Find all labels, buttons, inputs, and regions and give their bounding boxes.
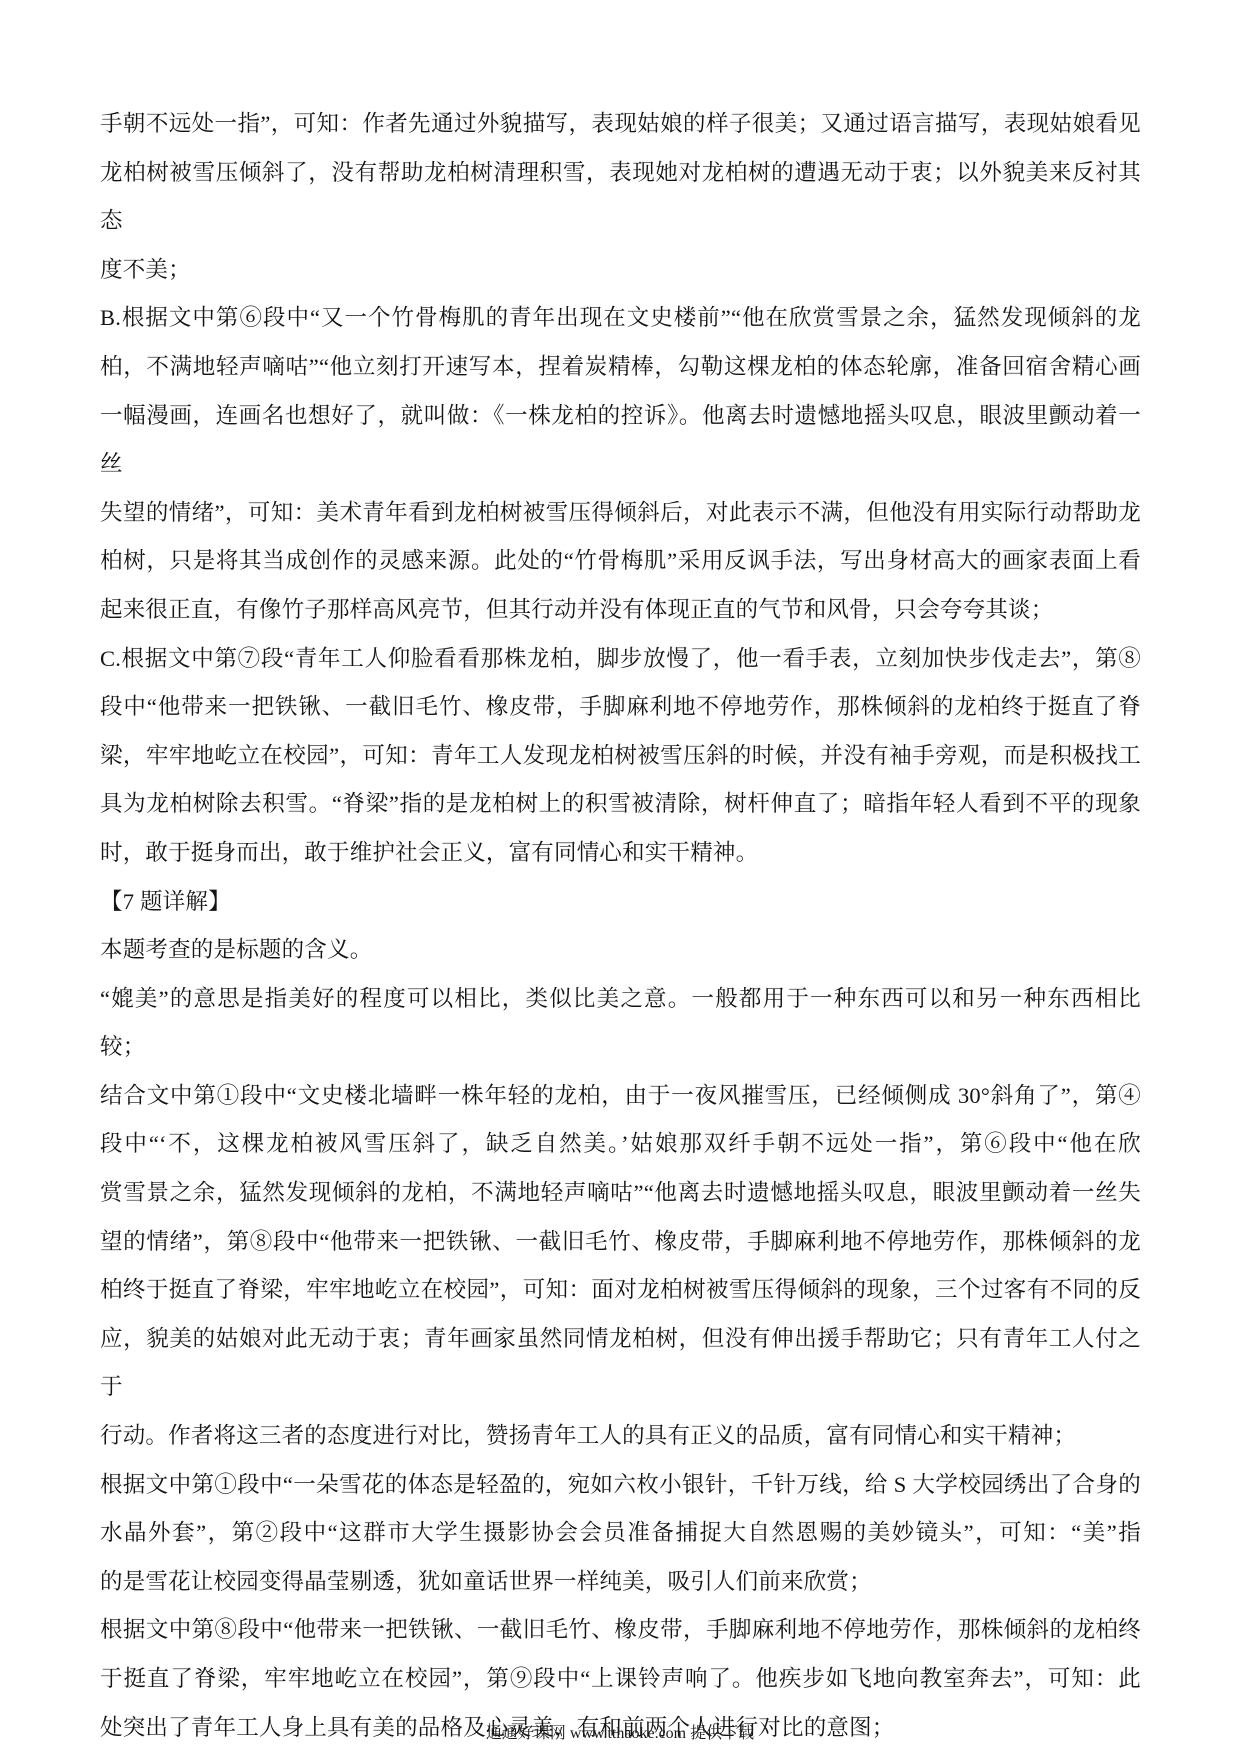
text-line: 的是雪花让校园变得晶莹剔透，犹如童话世界一样纯美，吸引人们前来欣赏；	[100, 1558, 1141, 1607]
text-line: 【7 题详解】	[100, 878, 1141, 927]
paragraph: 【7 题详解】	[100, 878, 1141, 927]
text-line: 较；	[100, 1023, 1141, 1072]
document-page: 手朝不远处一指”，可知：作者先通过外貌描写，表现姑娘的样子很美；又通过语言描写，…	[0, 0, 1240, 1754]
text-line: 柏树，只是将其当成创作的灵感来源。此处的“竹骨梅肌”采用反讽手法，写出身材高大的…	[100, 537, 1141, 586]
paragraph: 本题考查的是标题的含义。	[100, 926, 1141, 975]
text-line: 段中“‘不，这棵龙柏被风雪压斜了，缺乏自然美。’姑娘那双纤手朝不远处一指”，第⑥…	[100, 1120, 1141, 1169]
footer-text: 通通好课网 www.tthaoke.com 提供下载	[486, 1725, 754, 1742]
text-line: 一幅漫画，连画名也想好了，就叫做：《一株龙柏的控诉》。他离去时遗憾地摇头叹息，眼…	[100, 392, 1141, 489]
text-line: 时，敢于挺身而出，敢于维护社会正义，富有同情心和实干精神。	[100, 829, 1141, 878]
document-body: 手朝不远处一指”，可知：作者先通过外貌描写，表现姑娘的样子很美；又通过语言描写，…	[100, 100, 1141, 1752]
text-line: 龙柏树被雪压倾斜了，没有帮助龙柏树清理积雪，表现她对龙柏树的遭遇无动于衷；以外貌…	[100, 149, 1141, 246]
text-line: 度不美；	[100, 246, 1141, 295]
text-line: 根据文中第⑧段中“他带来一把铁锹、一截旧毛竹、橡皮带，手脚麻利地不停地劳作，那株…	[100, 1606, 1141, 1655]
text-line: “媲美”的意思是指美好的程度可以相比，类似比美之意。一般都用于一种东西可以和另一…	[100, 975, 1141, 1024]
text-line: 根据文中第①段中“一朵雪花的体态是轻盈的，宛如六枚小银针，千针万线，给 S 大学…	[100, 1461, 1141, 1510]
text-line: 段中“他带来一把铁锹、一截旧毛竹、橡皮带，手脚麻利地不停地劳作，那株倾斜的龙柏终…	[100, 683, 1141, 732]
text-line: 梁，牢牢地屹立在校园”，可知：青年工人发现龙柏树被雪压斜的时候，并没有袖手旁观，…	[100, 732, 1141, 781]
paragraph: 结合文中第①段中“文史楼北墙畔一株年轻的龙柏，由于一夜风摧雪压，已经倾侧成 30…	[100, 1072, 1141, 1461]
text-line: 本题考查的是标题的含义。	[100, 926, 1141, 975]
text-line: 起来很正直，有像竹子那样高风亮节，但其行动并没有体现正直的气节和风骨，只会夸夸其…	[100, 586, 1141, 635]
text-line: 柏终于挺直了脊梁，牢牢地屹立在校园”，可知：面对龙柏树被雪压得倾斜的现象，三个过…	[100, 1266, 1141, 1315]
text-line: C.根据文中第⑦段“青年工人仰脸看看那株龙柏，脚步放慢了，他一看手表，立刻加快步…	[100, 635, 1141, 684]
text-line: 手朝不远处一指”，可知：作者先通过外貌描写，表现姑娘的样子很美；又通过语言描写，…	[100, 100, 1141, 149]
text-line: 望的情绪”，第⑧段中“他带来一把铁锹、一截旧毛竹、橡皮带，手脚麻利地不停地劳作，…	[100, 1218, 1141, 1267]
text-line: 结合文中第①段中“文史楼北墙畔一株年轻的龙柏，由于一夜风摧雪压，已经倾侧成 30…	[100, 1072, 1141, 1121]
text-line: 行动。作者将这三者的态度进行对比，赞扬青年工人的具有正义的品质，富有同情心和实干…	[100, 1412, 1141, 1461]
paragraph: “媲美”的意思是指美好的程度可以相比，类似比美之意。一般都用于一种东西可以和另一…	[100, 975, 1141, 1072]
paragraph: 手朝不远处一指”，可知：作者先通过外貌描写，表现姑娘的样子很美；又通过语言描写，…	[100, 100, 1141, 294]
paragraph: 根据文中第①段中“一朵雪花的体态是轻盈的，宛如六枚小银针，千针万线，给 S 大学…	[100, 1461, 1141, 1607]
text-line: 失望的情绪”，可知：美术青年看到龙柏树被雪压得倾斜后，对此表示不满，但他没有用实…	[100, 489, 1141, 538]
page-footer: 通通好课网 www.tthaoke.com 提供下载	[0, 1722, 1240, 1746]
text-line: 柏，不满地轻声嘀咕”“他立刻打开速写本，捏着炭精棒，勾勒这棵龙柏的体态轮廓，准备…	[100, 343, 1141, 392]
text-line: 于挺直了脊梁，牢牢地屹立在校园”，第⑨段中“上课铃声响了。他疾步如飞地向教室奔去…	[100, 1655, 1141, 1704]
text-line: 具为龙柏树除去积雪。“脊梁”指的是龙柏树上的积雪被清除，树杆伸直了；暗指年轻人看…	[100, 780, 1141, 829]
text-line: 水晶外套”，第②段中“这群市大学生摄影协会会员准备捕捉大自然恩赐的美妙镜头”，可…	[100, 1509, 1141, 1558]
paragraph: B.根据文中第⑥段中“又一个竹骨梅肌的青年出现在文史楼前”“他在欣赏雪景之余，猛…	[100, 294, 1141, 634]
text-line: 赏雪景之余，猛然发现倾斜的龙柏，不满地轻声嘀咕”“他离去时遗憾地摇头叹息，眼波里…	[100, 1169, 1141, 1218]
text-line: 应，貌美的姑娘对此无动于衷；青年画家虽然同情龙柏树，但没有伸出援手帮助它；只有青…	[100, 1315, 1141, 1412]
text-line: B.根据文中第⑥段中“又一个竹骨梅肌的青年出现在文史楼前”“他在欣赏雪景之余，猛…	[100, 294, 1141, 343]
paragraph: C.根据文中第⑦段“青年工人仰脸看看那株龙柏，脚步放慢了，他一看手表，立刻加快步…	[100, 635, 1141, 878]
